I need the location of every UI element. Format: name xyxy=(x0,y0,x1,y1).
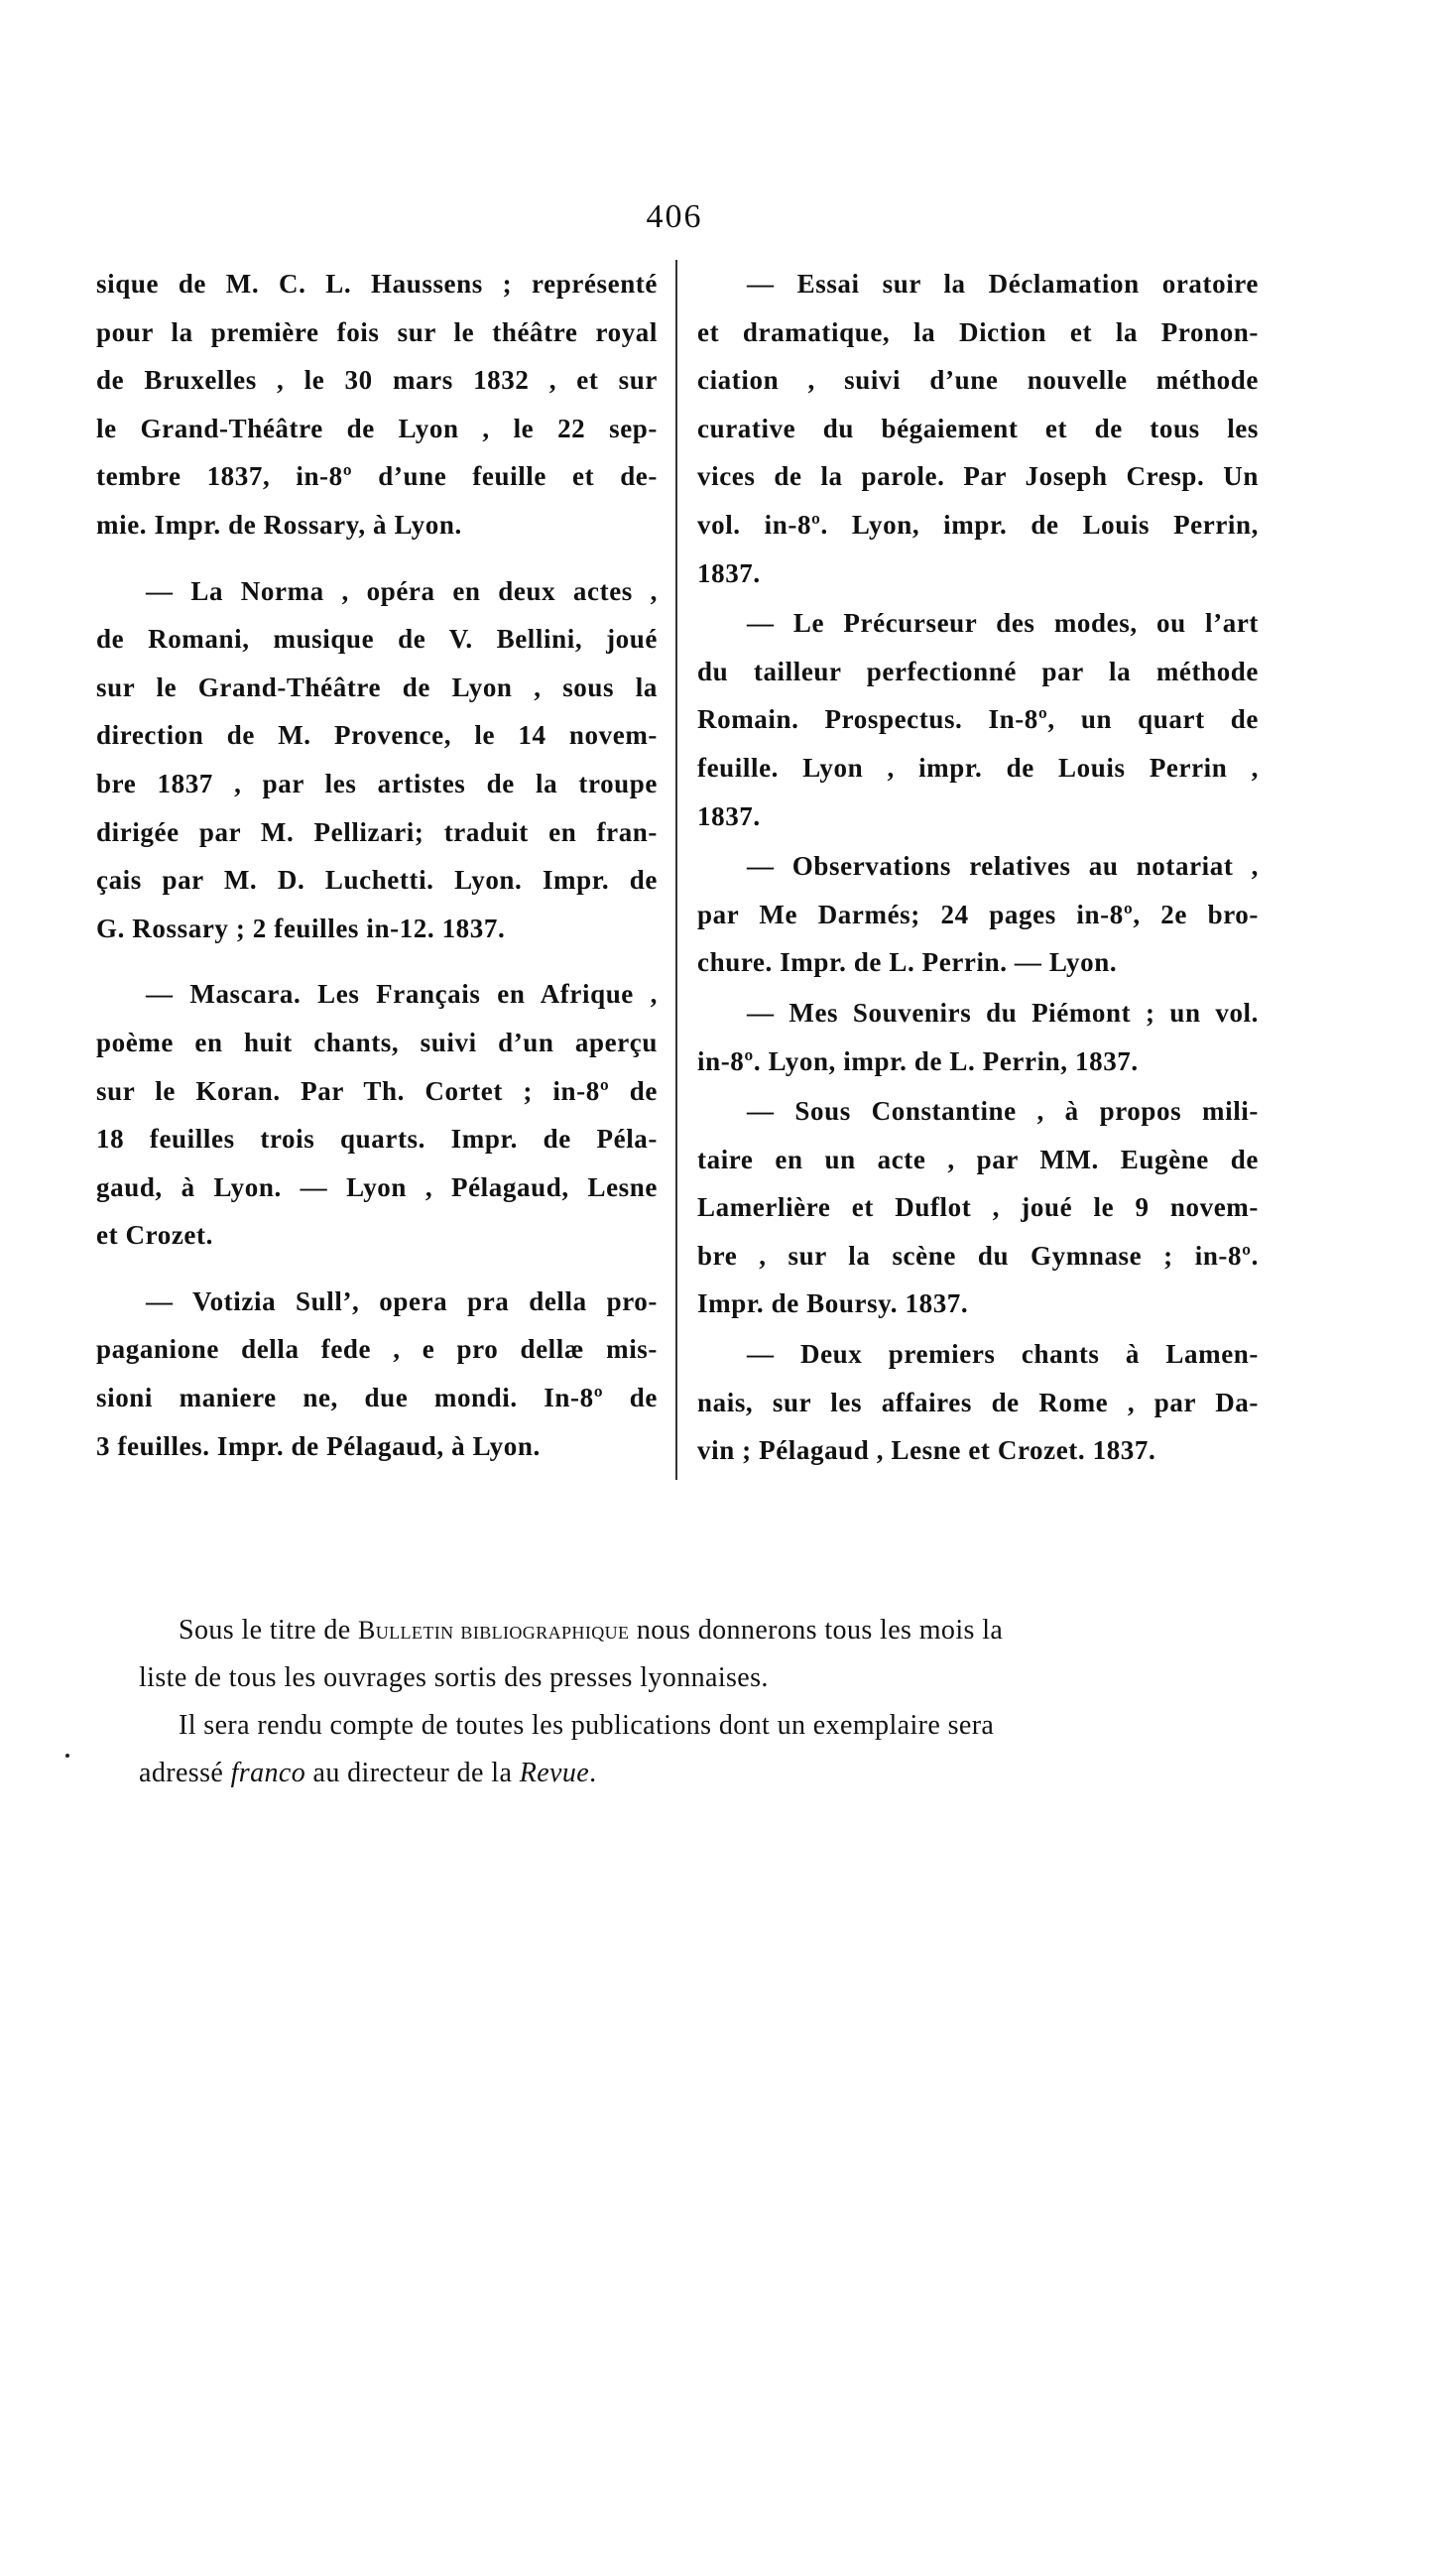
text-line: feuille. Lyon , impr. de Louis Perrin , xyxy=(697,744,1259,793)
text-line: çais par M. D. Luchetti. Lyon. Impr. de xyxy=(96,856,658,905)
entry-votizia: — Votizia Sull’, opera pra della pro- pa… xyxy=(96,1278,658,1470)
notice-text: . xyxy=(589,1758,596,1788)
notice-italic-franco: franco xyxy=(231,1758,306,1788)
text-line: bre , sur la scène du Gymnase ; in-8º. xyxy=(697,1232,1259,1281)
notice-text: nous donnerons tous les mois la xyxy=(629,1615,1003,1646)
text-line: — Sous Constantine , à propos mili- xyxy=(697,1087,1259,1136)
text-line: sique de M. C. L. Haussens ; représenté xyxy=(96,260,658,308)
text-line: 3 feuilles. Impr. de Pélagaud, à Lyon. xyxy=(96,1422,658,1471)
text-line: mie. Impr. de Rossary, à Lyon. xyxy=(96,501,658,550)
text-line: taire en un acte , par MM. Eugène de xyxy=(697,1136,1259,1184)
entry-sous-constantine: — Sous Constantine , à propos mili- tair… xyxy=(697,1087,1259,1328)
notice-text: Sous le titre de xyxy=(179,1615,358,1646)
text-line: Impr. de Boursy. 1837. xyxy=(697,1280,1259,1328)
notice-text: adressé xyxy=(139,1758,231,1788)
text-line: — Observations relatives au notariat , xyxy=(697,842,1259,891)
page-number: 406 xyxy=(0,198,1349,236)
text-line: Lamerlière et Duflot , joué le 9 novem- xyxy=(697,1183,1259,1232)
text-line: — Mes Souvenirs du Piémont ; un vol. xyxy=(697,989,1259,1038)
text-line: poème en huit chants, suivi d’un aperçu xyxy=(96,1019,658,1067)
entry-haussens-continuation: sique de M. C. L. Haussens ; représenté … xyxy=(96,260,658,550)
text-line: de Romani, musique de V. Bellini, joué xyxy=(96,615,658,664)
text-line: sur le Koran. Par Th. Cortet ; in-8º de xyxy=(96,1067,658,1116)
entry-souvenirs-piemont: — Mes Souvenirs du Piémont ; un vol. in-… xyxy=(697,989,1259,1085)
entry-la-norma: — La Norma , opéra en deux actes , de Ro… xyxy=(96,567,658,953)
text-line: gaud, à Lyon. — Lyon , Pélagaud, Lesne xyxy=(96,1163,658,1212)
notice-line: Sous le titre de Bulletin bibliographiqu… xyxy=(139,1607,1230,1654)
text-line: nais, sur les affaires de Rome , par Da- xyxy=(697,1379,1259,1427)
text-line: et dramatique, la Diction et la Pronon- xyxy=(697,308,1259,357)
text-line: sur le Grand-Théâtre de Lyon , sous la xyxy=(96,664,658,712)
text-line: — Votizia Sull’, opera pra della pro- xyxy=(96,1278,658,1326)
right-column: — Essai sur la Déclamation oratoire et d… xyxy=(677,260,1259,1488)
two-column-body: sique de M. C. L. Haussens ; représenté … xyxy=(96,260,1259,1488)
notice-line: liste de tous les ouvrages sortis des pr… xyxy=(139,1654,1230,1702)
text-line: dirigée par M. Pellizari; traduit en fra… xyxy=(96,808,658,857)
text-line: 1837. xyxy=(697,793,1259,841)
text-line: ciation , suivi d’une nouvelle méthode xyxy=(697,356,1259,405)
text-line: du tailleur perfectionné par la méthode xyxy=(697,648,1259,696)
entry-mascara: — Mascara. Les Français en Afrique , poè… xyxy=(96,970,658,1260)
text-line: 18 feuilles trois quarts. Impr. de Péla- xyxy=(96,1115,658,1163)
notice-line: Il sera rendu compte de toutes les publi… xyxy=(139,1702,1230,1750)
text-line: in-8º. Lyon, impr. de L. Perrin, 1837. xyxy=(697,1038,1259,1086)
entry-deux-premiers-chants: — Deux premiers chants à Lamen- nais, su… xyxy=(697,1330,1259,1475)
text-line: paganione della fede , e pro dellæ mis- xyxy=(96,1325,658,1374)
notice-text: au directeur de la xyxy=(305,1758,520,1788)
text-line: Romain. Prospectus. In-8º, un quart de xyxy=(697,695,1259,744)
entry-essai-declamation: — Essai sur la Déclamation oratoire et d… xyxy=(697,260,1259,597)
text-line: de Bruxelles , le 30 mars 1832 , et sur xyxy=(96,356,658,405)
notice-line: adressé franco au directeur de la Revue. xyxy=(139,1750,1230,1797)
entry-observations-notariat: — Observations relatives au notariat , p… xyxy=(697,842,1259,987)
text-line: curative du bégaiement et de tous les xyxy=(697,405,1259,453)
text-line: — Mascara. Les Français en Afrique , xyxy=(96,970,658,1019)
entry-precurseur-modes: — Le Précurseur des modes, ou l’art du t… xyxy=(697,599,1259,840)
text-line: tembre 1837, in-8º d’une feuille et de- xyxy=(96,452,658,501)
text-line: pour la première fois sur le théâtre roy… xyxy=(96,308,658,357)
print-speck xyxy=(65,1754,69,1758)
text-line: vol. in-8º. Lyon, impr. de Louis Perrin, xyxy=(697,501,1259,550)
text-line: vices de la parole. Par Joseph Cresp. Un xyxy=(697,452,1259,501)
text-line: G. Rossary ; 2 feuilles in-12. 1837. xyxy=(96,905,658,953)
text-line: — Deux premiers chants à Lamen- xyxy=(697,1330,1259,1379)
text-line: chure. Impr. de L. Perrin. — Lyon. xyxy=(697,938,1259,987)
text-line: et Crozet. xyxy=(96,1211,658,1260)
text-line: — Essai sur la Déclamation oratoire xyxy=(697,260,1259,308)
text-line: bre 1837 , par les artistes de la troupe xyxy=(96,760,658,808)
notice-italic-revue: Revue xyxy=(520,1758,589,1788)
text-line: par Me Darmés; 24 pages in-8º, 2e bro- xyxy=(697,891,1259,939)
editorial-notice: Sous le titre de Bulletin bibliographiqu… xyxy=(139,1607,1230,1797)
text-line: direction de M. Provence, le 14 novem- xyxy=(96,711,658,760)
text-line: le Grand-Théâtre de Lyon , le 22 sep- xyxy=(96,405,658,453)
text-line: — Le Précurseur des modes, ou l’art xyxy=(697,599,1259,648)
text-line: vin ; Pélagaud , Lesne et Crozet. 1837. xyxy=(697,1426,1259,1475)
text-line: sioni maniere ne, due mondi. In-8º de xyxy=(96,1374,658,1422)
text-line: — La Norma , opéra en deux actes , xyxy=(96,567,658,616)
left-column: sique de M. C. L. Haussens ; représenté … xyxy=(96,260,675,1488)
bulletin-title: Bulletin bibliographique xyxy=(358,1616,629,1645)
text-line: 1837. xyxy=(697,550,1259,598)
